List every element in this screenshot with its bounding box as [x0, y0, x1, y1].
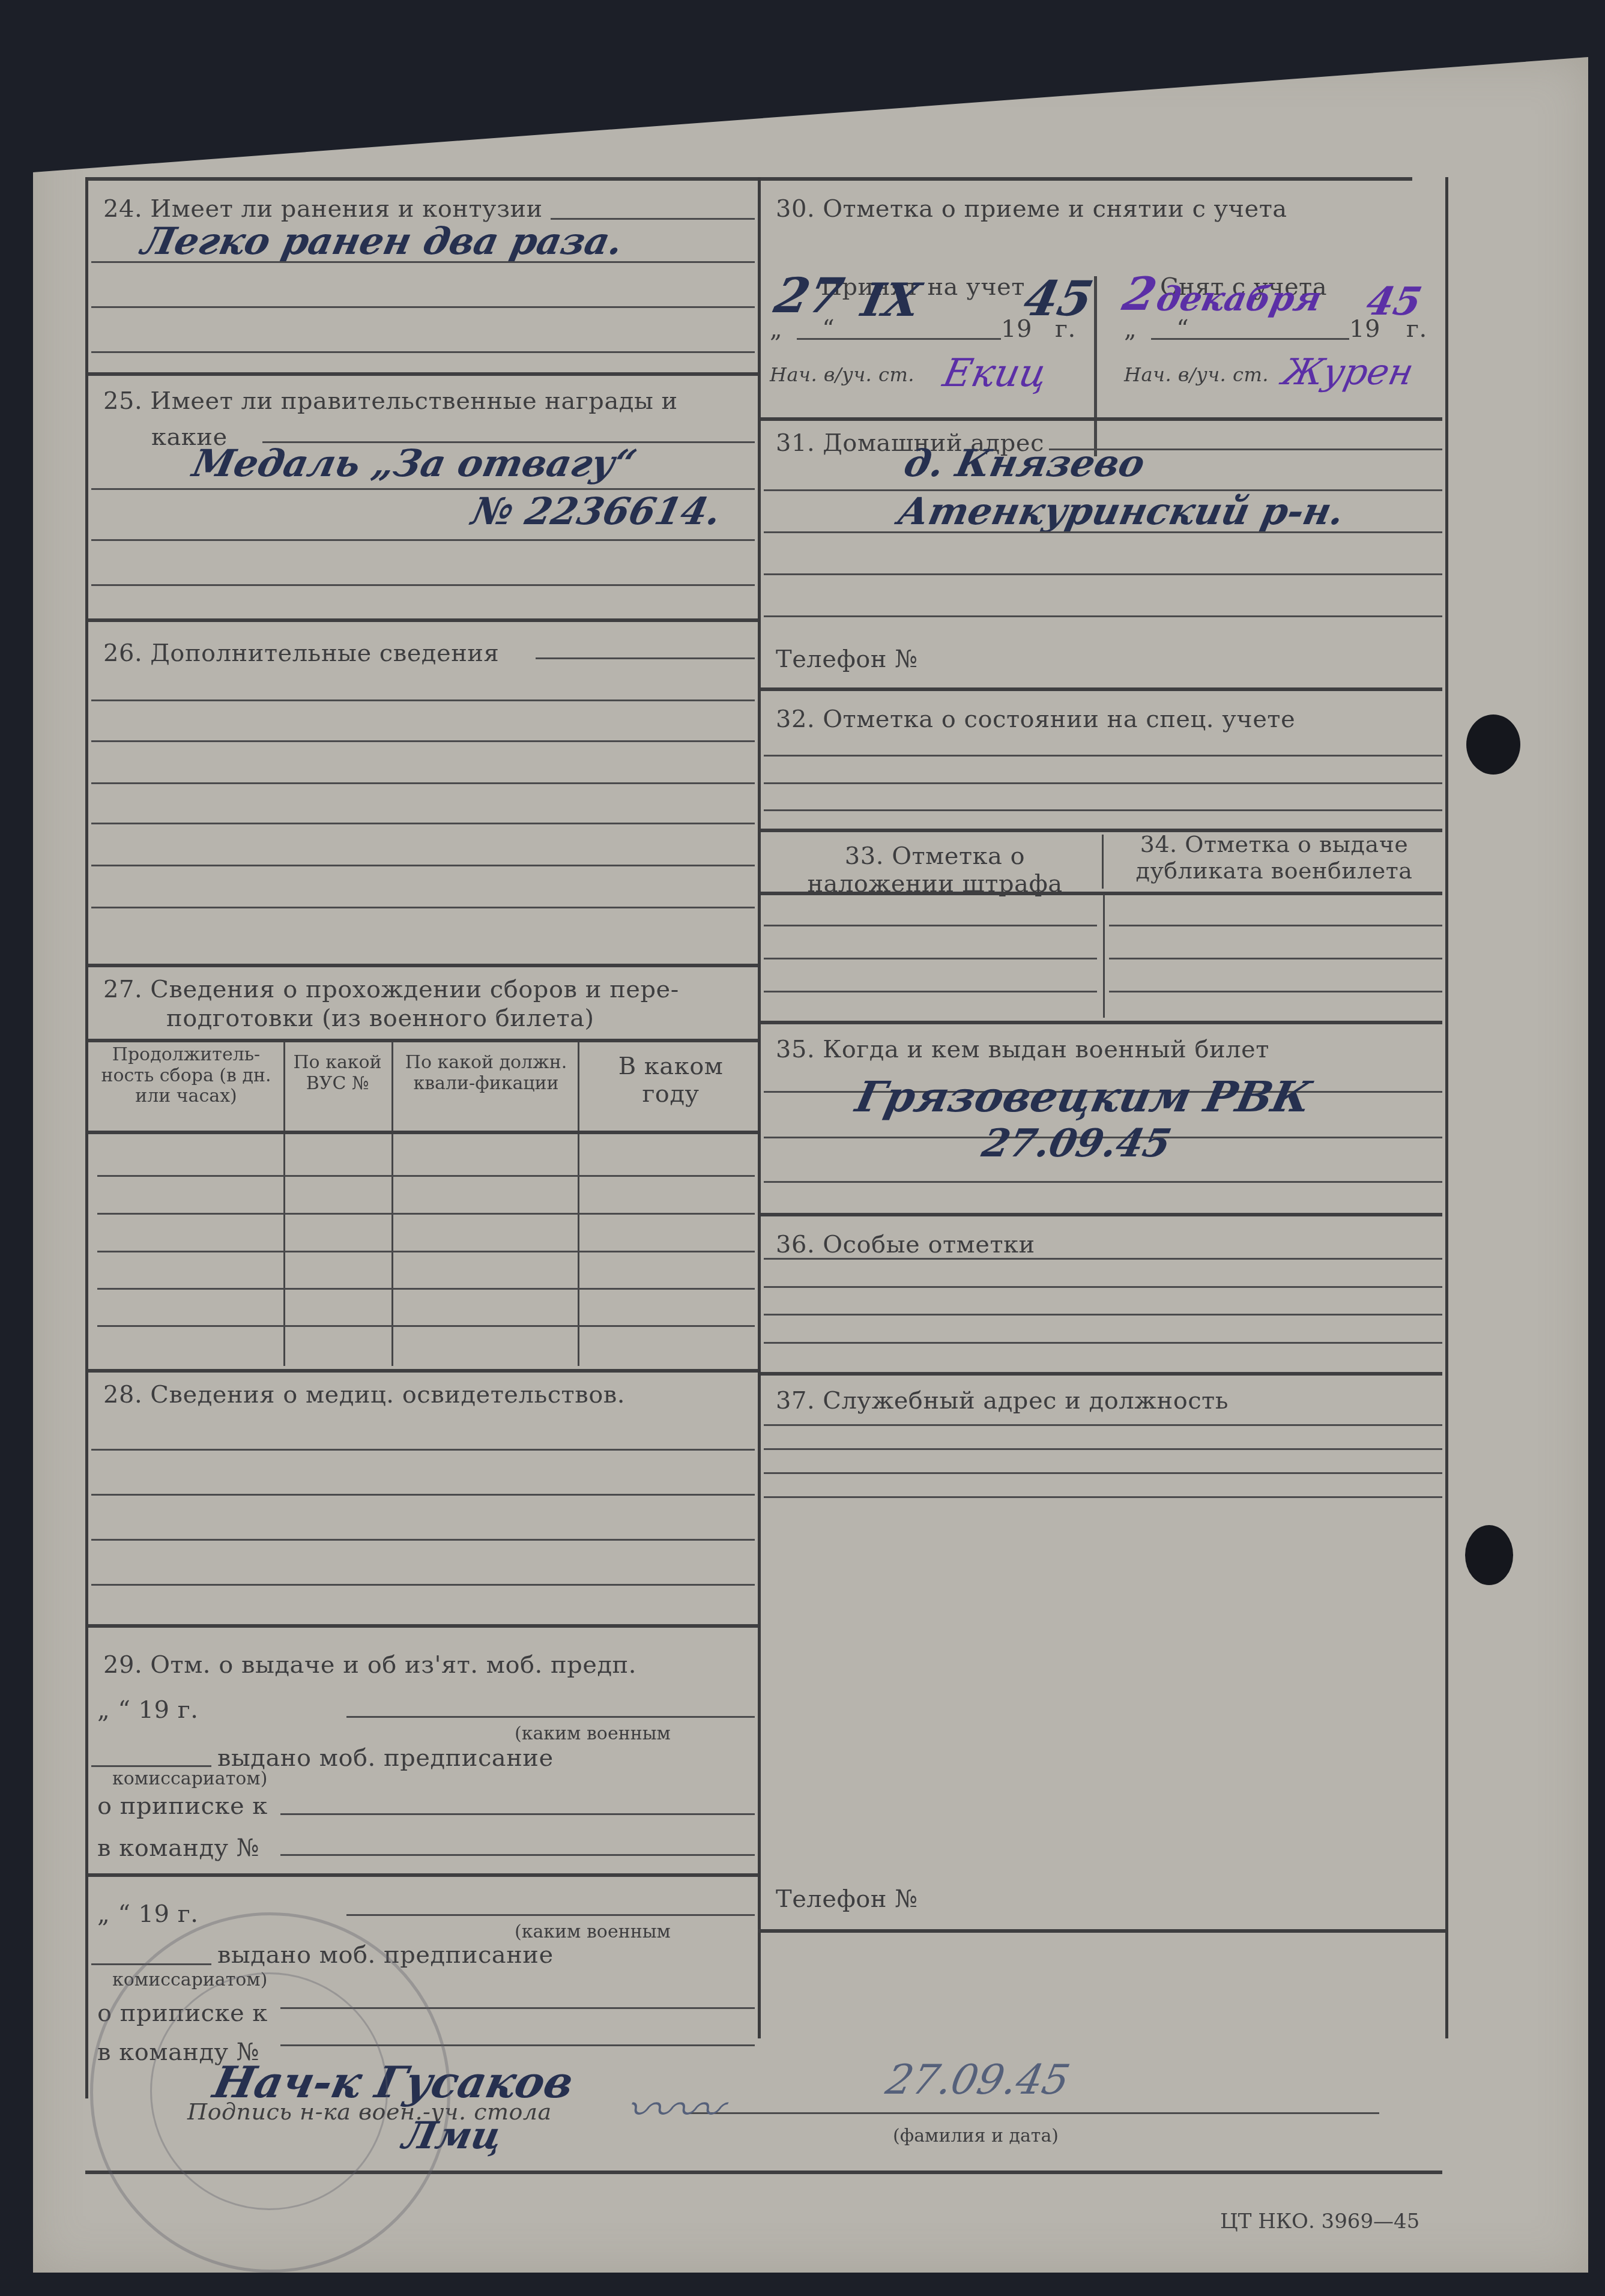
s27-label-line2: подготовки (из военного билета) [166, 1005, 594, 1032]
s30-accepted-signature: Екиц [939, 351, 1051, 396]
s29-hint-b-1: комиссариатом) [112, 1768, 267, 1789]
s29-team-1: в команду № [97, 1834, 259, 1862]
s27-col-duration: Продолжитель-ность сбора (в дн. или часа… [93, 1045, 279, 1107]
s30-accepted-day: 27 [770, 267, 848, 324]
s35-label: 35. Когда и кем выдан военный билет [776, 1036, 1269, 1063]
s32-label: 32. Отметка о состоянии на спец. учете [776, 705, 1295, 733]
s30-accepted-month: IX [857, 273, 925, 327]
left-column: 24. Имеет ли ранения и контузии Легко ра… [85, 177, 761, 2098]
s30-removed-month: декабря [1153, 279, 1325, 319]
s30-removed-chief-label: Нач. в/уч. ст. [1124, 363, 1269, 386]
bottom-signature-scrawl: 〰〰 [618, 2071, 729, 2140]
s25-handwritten-line2: № 2236614. [468, 489, 725, 533]
bottom-signature-hint: (фамилия и дата) [893, 2125, 1059, 2146]
s29-issued-1: выдано моб. предписание [217, 1744, 554, 1772]
s37-label: 37. Служебный адрес и должность [776, 1387, 1229, 1415]
s24-handwritten: Легко ранен два раза. [138, 219, 627, 263]
s35-handwritten-line2: 27.09.45 [978, 1121, 1175, 1166]
s27-col-qualification: По какой должн. квали-фикации [400, 1053, 572, 1094]
s33-label: 33. Отметка о наложении штрафа [785, 842, 1085, 898]
s30-removed-signature: Журен [1279, 351, 1418, 393]
registration-form: 24. Имеет ли ранения и контузии Легко ра… [85, 177, 1442, 2183]
official-stamp-inner [150, 1972, 388, 2210]
s29-label: 29. Отм. о выдаче и об из'ят. моб. предп… [103, 1651, 636, 1679]
s29-date-1: „ “ 19 г. [97, 1696, 198, 1724]
s27-label-line1: 27. Сведения о прохождении сборов и пере… [103, 976, 679, 1003]
s34-label: 34. Отметка о выдаче дубликата военбилет… [1115, 832, 1433, 884]
s29-date-2: „ “ 19 г. [97, 1900, 198, 1928]
s31-phone-label: Телефон № [776, 645, 918, 673]
s31-handwritten-line2: Атенкуринский р-н. [894, 489, 1348, 533]
right-column: 30. Отметка о приеме и снятии с учета Пр… [758, 177, 1448, 2038]
s28-label: 28. Сведения о медиц. освидетельствов. [103, 1381, 625, 1409]
s27-col-vus: По какой ВУС № [289, 1053, 385, 1094]
s29-assigned-1: о приписке к [97, 1792, 268, 1820]
s30-accepted-chief-label: Нач. в/уч. ст. [770, 363, 914, 386]
s37-phone-label: Телефон № [776, 1885, 918, 1913]
footer-printer-code: ЦТ НКО. 3969—45 [1220, 2210, 1419, 2234]
s25-label-line1: 25. Имеет ли правительственные награды и [103, 387, 678, 415]
s29-hint-a-1: (каким военным [515, 1723, 671, 1744]
bottom-signature-date: 27.09.45 [882, 2056, 1074, 2104]
s30-label: 30. Отметка о приеме и снятии с учета [776, 195, 1287, 223]
s30-removed-year: 45 [1362, 279, 1425, 324]
punch-hole-top [1466, 714, 1520, 775]
punch-hole-bottom [1465, 1525, 1513, 1585]
s26-label: 26. Дополнительные сведения [103, 639, 499, 667]
s25-handwritten-line1: Медаль „За отвагу“ [189, 441, 640, 485]
s36-label: 36. Особые отметки [776, 1231, 1035, 1258]
s31-handwritten-line1: д. Князево [900, 441, 1149, 485]
s30-accepted-year: 45 [1019, 270, 1098, 327]
s27-col-year: В каком году [587, 1053, 755, 1108]
s35-handwritten-line1: Грязовецким РВК [851, 1072, 1316, 1122]
s29-hint-a-2: (каким военным [515, 1921, 671, 1942]
